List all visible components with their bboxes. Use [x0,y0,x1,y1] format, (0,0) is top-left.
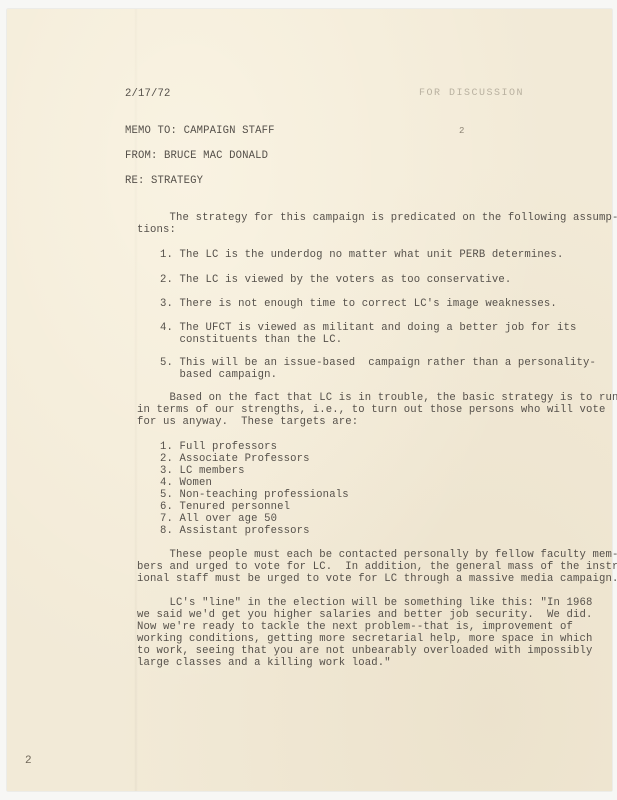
paragraph-line: bers and urged to vote for LC. In additi… [137,561,617,573]
target-item: 1. Full professors [160,441,277,453]
memo-from: FROM: BRUCE MAC DONALD [125,150,268,162]
paragraph-line: These people must each be contacted pers… [137,549,617,561]
assumption-item-cont: constituents than the LC. [160,334,342,346]
paragraph-line: for us anyway. These targets are: [137,416,358,428]
memo-page: 2/17/72 FOR DISCUSSION MEMO TO: CAMPAIGN… [7,9,612,791]
assumption-item: 3. There is not enough time to correct L… [160,298,557,310]
paragraph-line: large classes and a killing work load." [137,657,391,669]
paragraph-line: to work, seeing that you are not unbeara… [137,645,593,657]
paragraph-line: we said we'd get you higher salaries and… [137,609,593,621]
faint-stamp: FOR DISCUSSION [419,88,524,99]
assumption-item: 2. The LC is viewed by the voters as too… [160,274,511,286]
assumption-item-cont: based campaign. [160,369,277,381]
target-item: 3. LC members [160,465,245,477]
paragraph-line: Now we're ready to tackle the next probl… [137,621,573,633]
target-item: 6. Tenured personnel [160,501,290,513]
memo-to: MEMO TO: CAMPAIGN STAFF [125,125,275,137]
intro-line-2: tions: [137,224,176,236]
paragraph-line: ional staff must be urged to vote for LC… [137,573,617,585]
margin-mark: 2 [459,126,465,136]
target-item: 4. Women [160,477,212,489]
target-item: 7. All over age 50 [160,513,277,525]
margin-mark: 2 [25,755,32,767]
intro-line-1: The strategy for this campaign is predic… [137,212,617,224]
paragraph-line: LC's "line" in the election will be some… [137,597,593,609]
target-item: 2. Associate Professors [160,453,310,465]
assumption-item: 5. This will be an issue-based campaign … [160,357,596,369]
paragraph-line: working conditions, getting more secreta… [137,633,593,645]
assumption-item: 4. The UFCT is viewed as militant and do… [160,322,576,334]
memo-re: RE: STRATEGY [125,175,203,187]
paragraph-line: in terms of our strengths, i.e., to turn… [137,404,606,416]
memo-date: 2/17/72 [125,88,171,100]
target-item: 5. Non-teaching professionals [160,489,349,501]
assumption-item: 1. The LC is the underdog no matter what… [160,249,563,261]
paragraph-line: Based on the fact that LC is in trouble,… [137,392,617,404]
target-item: 8. Assistant professors [160,525,310,537]
